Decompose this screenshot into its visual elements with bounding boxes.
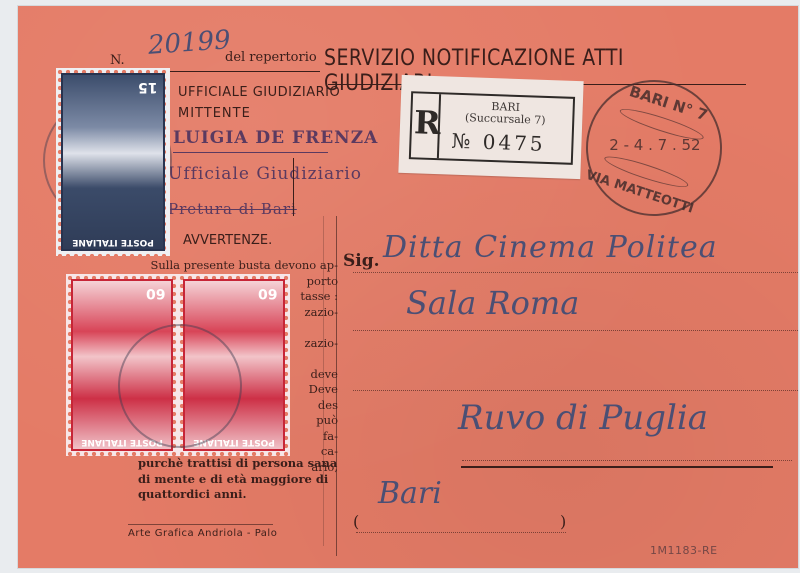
- address-dotted-line: [353, 390, 798, 391]
- addressee-province: Bari: [378, 476, 442, 511]
- registration-number: № 0475: [451, 129, 546, 156]
- sender-name-rule: [173, 152, 328, 153]
- warnings-text-bottom: purchè trattisi di persona sana di mente…: [138, 456, 338, 503]
- addressee-line1: Ditta Cinema Politea: [383, 230, 718, 265]
- sender-role-stamp: Ufficiale Giudiziario: [168, 164, 362, 184]
- address-dotted-line: [462, 460, 792, 461]
- sender-box-line: [293, 158, 294, 216]
- pencil-inventory-note: 1M1183-RE: [650, 544, 718, 557]
- sender-office-line2: MITTENTE: [178, 106, 251, 121]
- envelope: N. 20199 del repertorio SERVIZIO NOTIFIC…: [18, 6, 798, 568]
- sender-name-stamp: LUIGIA DE FRENZA: [173, 128, 378, 148]
- handwritten-repertorio-number: 20199: [147, 25, 232, 61]
- column-rule: [336, 216, 337, 556]
- addressee-town: Ruvo di Puglia: [458, 398, 708, 438]
- repertorio-label: del repertorio: [225, 50, 317, 65]
- number-label: N.: [110, 53, 125, 68]
- warnings-heading: AVVERTENZE.: [183, 233, 272, 248]
- province-paren-close: ): [560, 512, 566, 531]
- registration-label: R BARI (Succursale 7) № 0475: [398, 75, 583, 179]
- sender-office-line1: UFFICIALE GIUDIZIARIO: [178, 85, 340, 100]
- warnings-line: Sulla presente busta devono ap-: [138, 258, 338, 274]
- postmark-date: 2 - 4 . 7 . 52: [589, 136, 721, 154]
- address-dotted-line: [353, 272, 798, 273]
- column-rule-inner: [323, 216, 324, 546]
- sender-office-stamp: Pretura di Bari: [168, 200, 297, 218]
- postage-stamp-15-lire: 15 POSTE ITALIANE: [56, 68, 170, 256]
- registration-frame: R BARI (Succursale 7) № 0475: [409, 91, 575, 165]
- printer-imprint: Arte Grafica Andriola - Palo: [128, 528, 277, 539]
- addressee-line2: Sala Roma: [406, 284, 579, 322]
- address-dotted-line: [353, 330, 798, 331]
- province-dotted-line: [356, 532, 566, 533]
- cancellation-mark: [118, 324, 242, 448]
- town-underline: [461, 466, 773, 468]
- salutation: Sig.: [343, 251, 380, 271]
- province-paren-open: (: [353, 512, 359, 531]
- printer-rule: [128, 524, 273, 525]
